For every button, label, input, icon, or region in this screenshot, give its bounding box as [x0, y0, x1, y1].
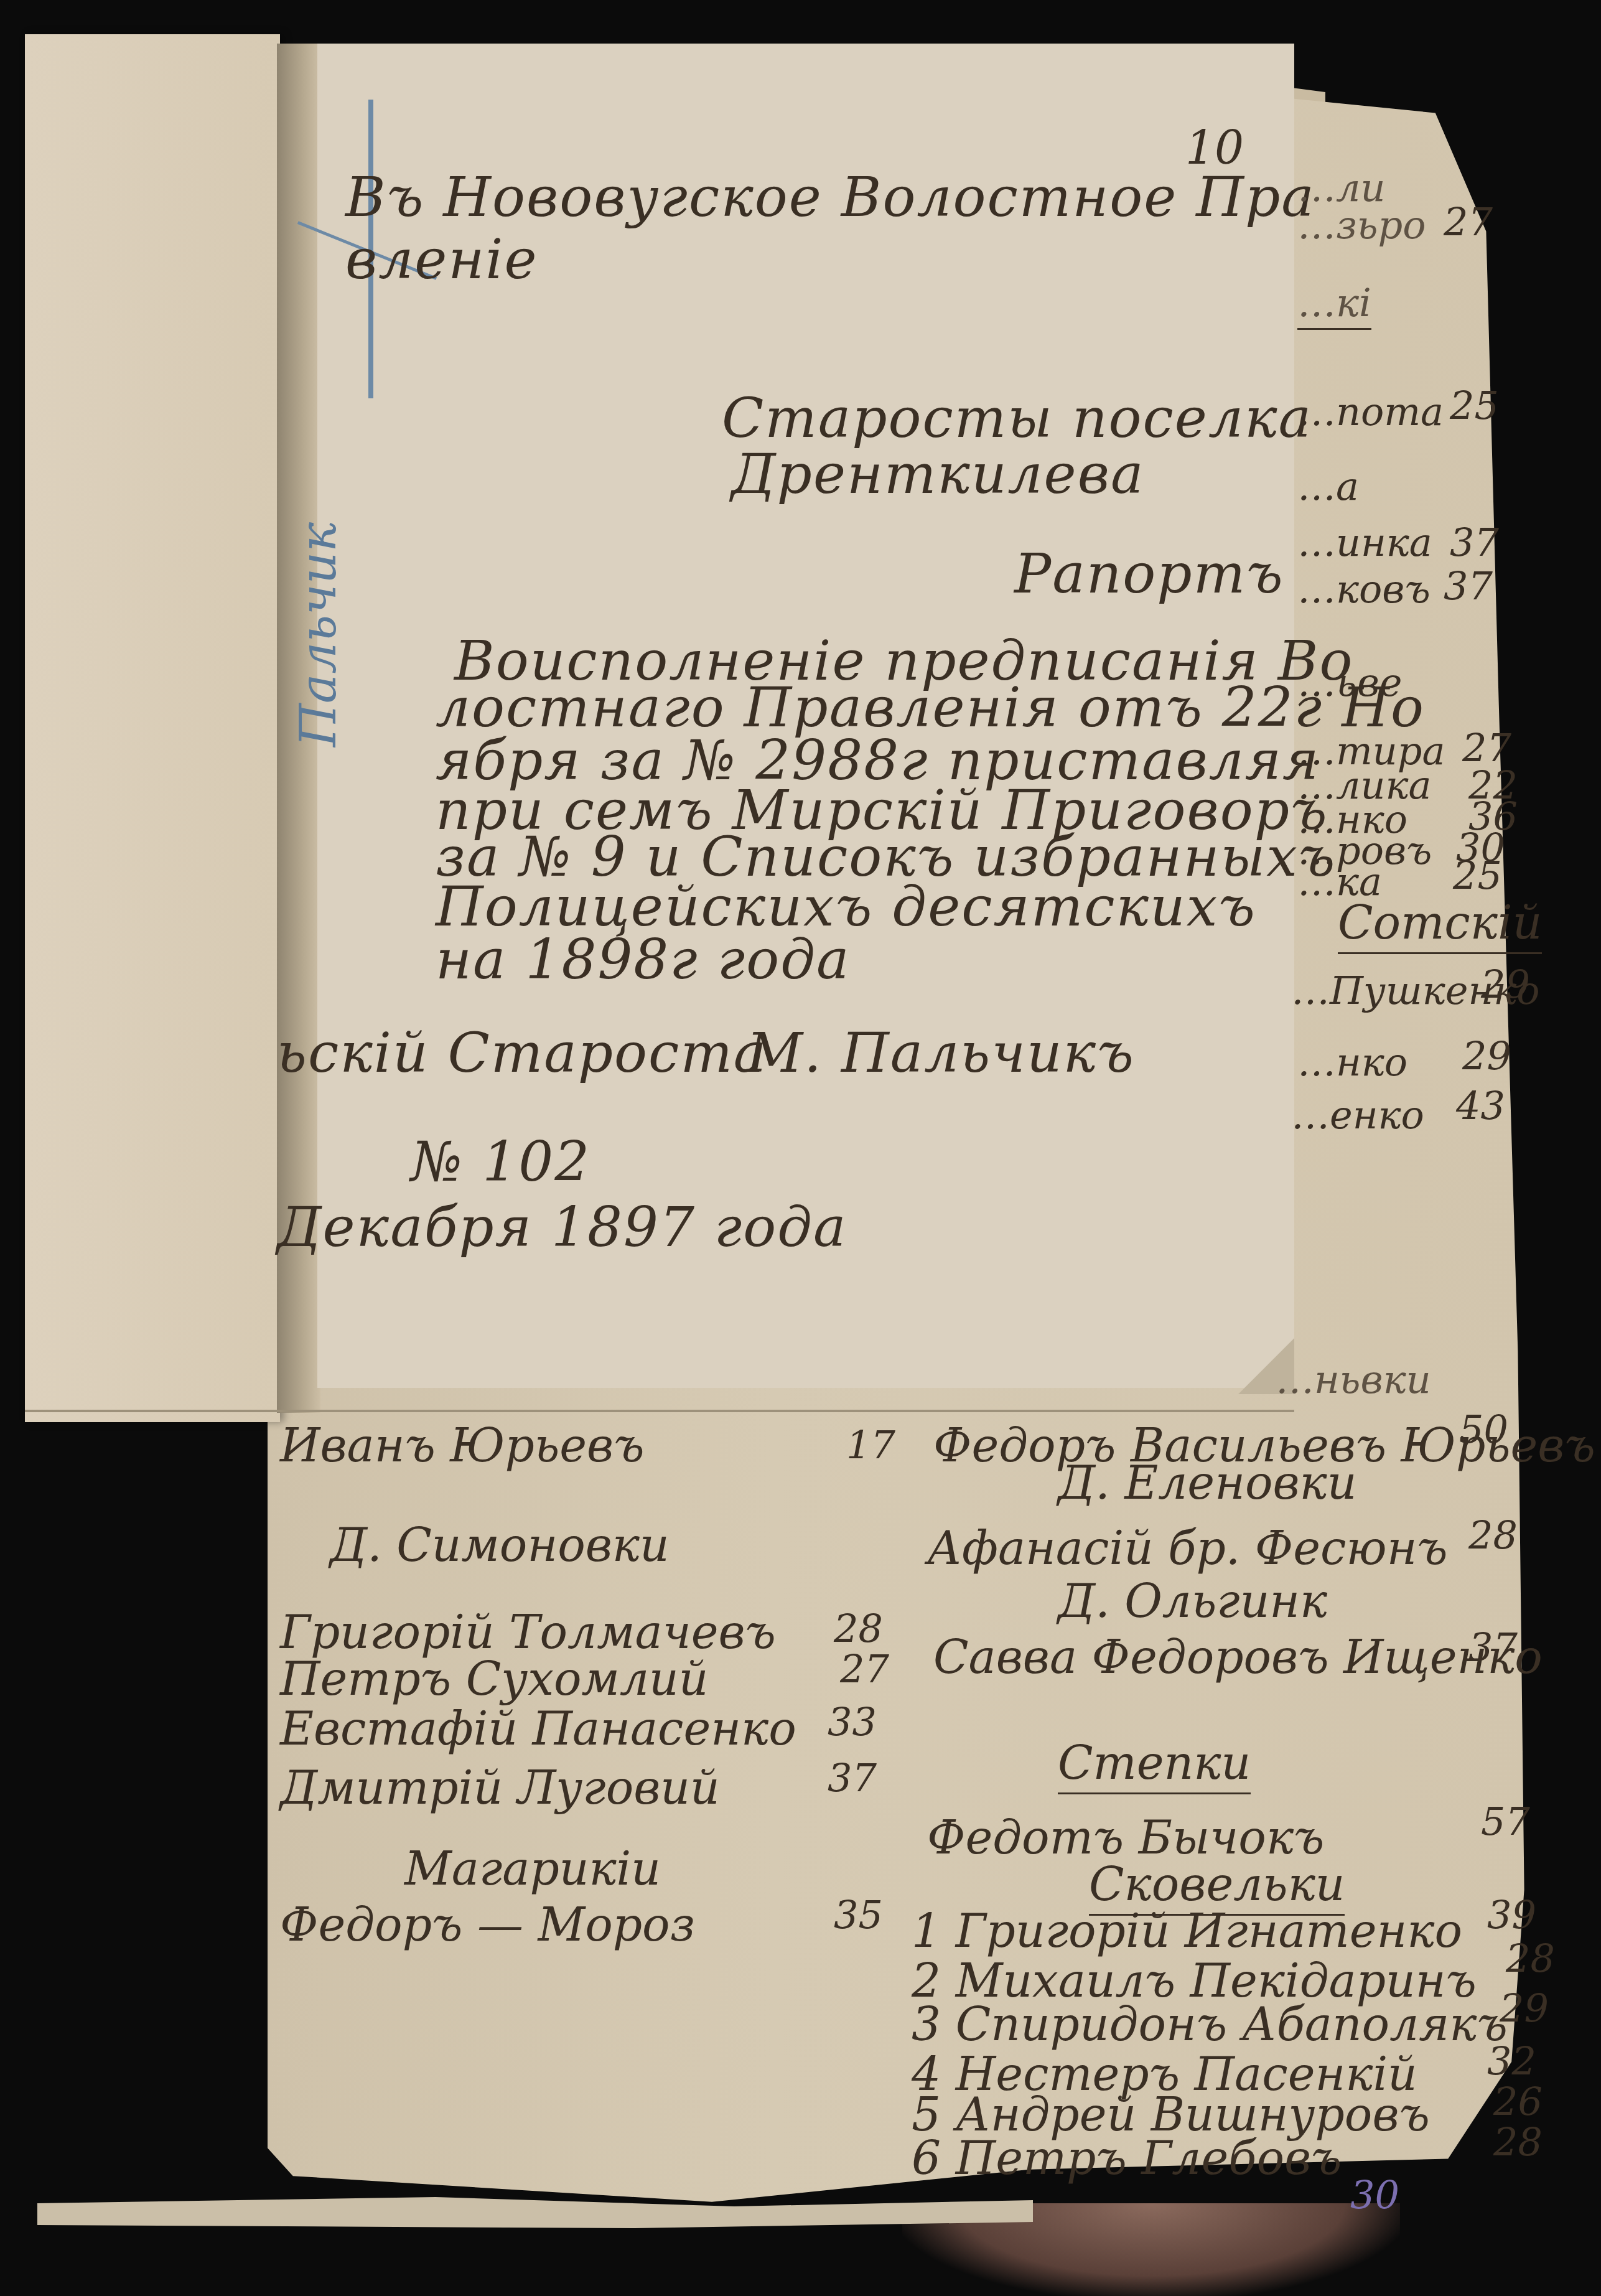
list-section-heading: Д. Ольгинк — [1058, 1575, 1327, 1628]
list-item-age: 27 — [1444, 199, 1493, 245]
list-item: …ньвки — [1276, 1357, 1431, 1402]
list-item: Петръ Сухомлий — [280, 1652, 708, 1706]
bottom-folded-edge — [37, 2197, 1033, 2228]
list-item: Афанасій бр. Фесюнъ — [927, 1522, 1448, 1575]
list-item: …зьро — [1297, 202, 1426, 248]
list-item-age: 37 — [828, 1755, 877, 1801]
signature-name: М. Пальчикъ — [747, 1021, 1135, 1085]
list-item-age: 43 — [1456, 1083, 1505, 1128]
list-item: …нко — [1297, 1039, 1407, 1085]
addressee-line-2: вленіе — [345, 227, 538, 291]
list-item: …енко — [1291, 1092, 1424, 1138]
list-section-heading: Магарикіи — [404, 1842, 661, 1896]
list-item-age: 35 — [834, 1892, 883, 1938]
item-name: Петръ Глебовъ — [956, 2132, 1342, 2185]
list-item: Федотъ Бычокъ — [927, 1811, 1324, 1865]
list-item-age: 32 — [1487, 2038, 1536, 2084]
list-item-age: 28 — [1493, 2119, 1543, 2165]
body-line-7: на 1898г года — [436, 927, 851, 991]
list-section-heading: …кі — [1297, 280, 1371, 330]
list-item-age: 37 — [1468, 1624, 1518, 1670]
list-item-age: 28 — [1506, 1936, 1555, 1981]
list-item: Савва Федоровъ Ищенко — [933, 1631, 1543, 1684]
item-name: Григорій Игнатенко — [956, 1905, 1462, 1958]
list-item-age: 37 — [1444, 563, 1493, 609]
list-item-age: 50 — [1459, 1407, 1508, 1452]
item-number: 1 — [912, 1905, 941, 1958]
list-section-heading: Степки — [1058, 1736, 1251, 1794]
item-number: 6 — [912, 2132, 941, 2185]
addressee-line-1: Въ Нововугское Волостное Пра — [345, 165, 1315, 229]
list-item: …инка — [1297, 520, 1432, 565]
list-item: Иванъ Юрьевъ — [280, 1419, 644, 1473]
list-item: …пота — [1297, 389, 1444, 434]
report-title: Рапортъ — [1014, 541, 1284, 606]
list-item: …ьве — [1297, 660, 1403, 705]
list-section-heading: Д. Симоновки — [330, 1519, 670, 1572]
numbered-list-item: 6 Петръ Глебовъ — [912, 2132, 1342, 2185]
list-item: Евстафій Панасенко — [280, 1702, 796, 1756]
list-item-age: 26 — [1493, 2079, 1543, 2124]
list-item-age: 57 — [1481, 1799, 1530, 1844]
margin-blue-pencil-note: Пальчик — [289, 522, 347, 747]
list-item: …ковъ — [1297, 566, 1431, 612]
numbered-list-item: 1 Григорій Игнатенко — [912, 1905, 1462, 1958]
list-item-age: 29 — [1500, 1985, 1549, 2031]
list-item-age: 29 — [1481, 962, 1530, 1007]
purple-stamp-mark: 30 — [1350, 2172, 1399, 2218]
list-item: Дмитрій Луговий — [280, 1761, 720, 1815]
list-item-age: 39 — [1487, 1892, 1536, 1938]
list-item-age: 33 — [828, 1699, 877, 1745]
list-item-age: 27 — [840, 1646, 889, 1692]
list-item: …а — [1297, 464, 1359, 509]
numbered-list-item: 3 Спиридонъ Абаполякъ — [912, 1998, 1508, 2051]
from-line-1: Старосты поселка — [722, 386, 1312, 450]
list-item-age: 29 — [1462, 1033, 1511, 1079]
fold-line — [25, 1410, 1294, 1412]
list-item: Григорій Толмачевъ — [280, 1606, 776, 1659]
item-name: Спиридонъ Абаполякъ — [956, 1998, 1508, 2051]
list-section-heading: Сотскій — [1338, 896, 1542, 954]
list-item-age: 28 — [834, 1606, 883, 1651]
item-number: 3 — [912, 1998, 941, 2051]
from-line-2: Дренткилева — [731, 442, 1144, 506]
list-item-age: 25 — [1450, 383, 1499, 428]
list-item-age: 25 — [1453, 853, 1502, 898]
document-number: № 102 — [411, 1130, 590, 1194]
signature-prefix: ьскій Староста — [277, 1021, 767, 1085]
list-item-age: 17 — [846, 1422, 895, 1468]
left-folded-flap — [25, 34, 280, 1422]
list-item-age: 37 — [1450, 520, 1499, 565]
list-item-age: 28 — [1468, 1512, 1518, 1558]
document-date: Декабря 1897 года — [277, 1195, 847, 1259]
list-section-heading: Д. Еленовки — [1058, 1456, 1356, 1510]
list-item: Федоръ — Мороз — [280, 1898, 695, 1952]
